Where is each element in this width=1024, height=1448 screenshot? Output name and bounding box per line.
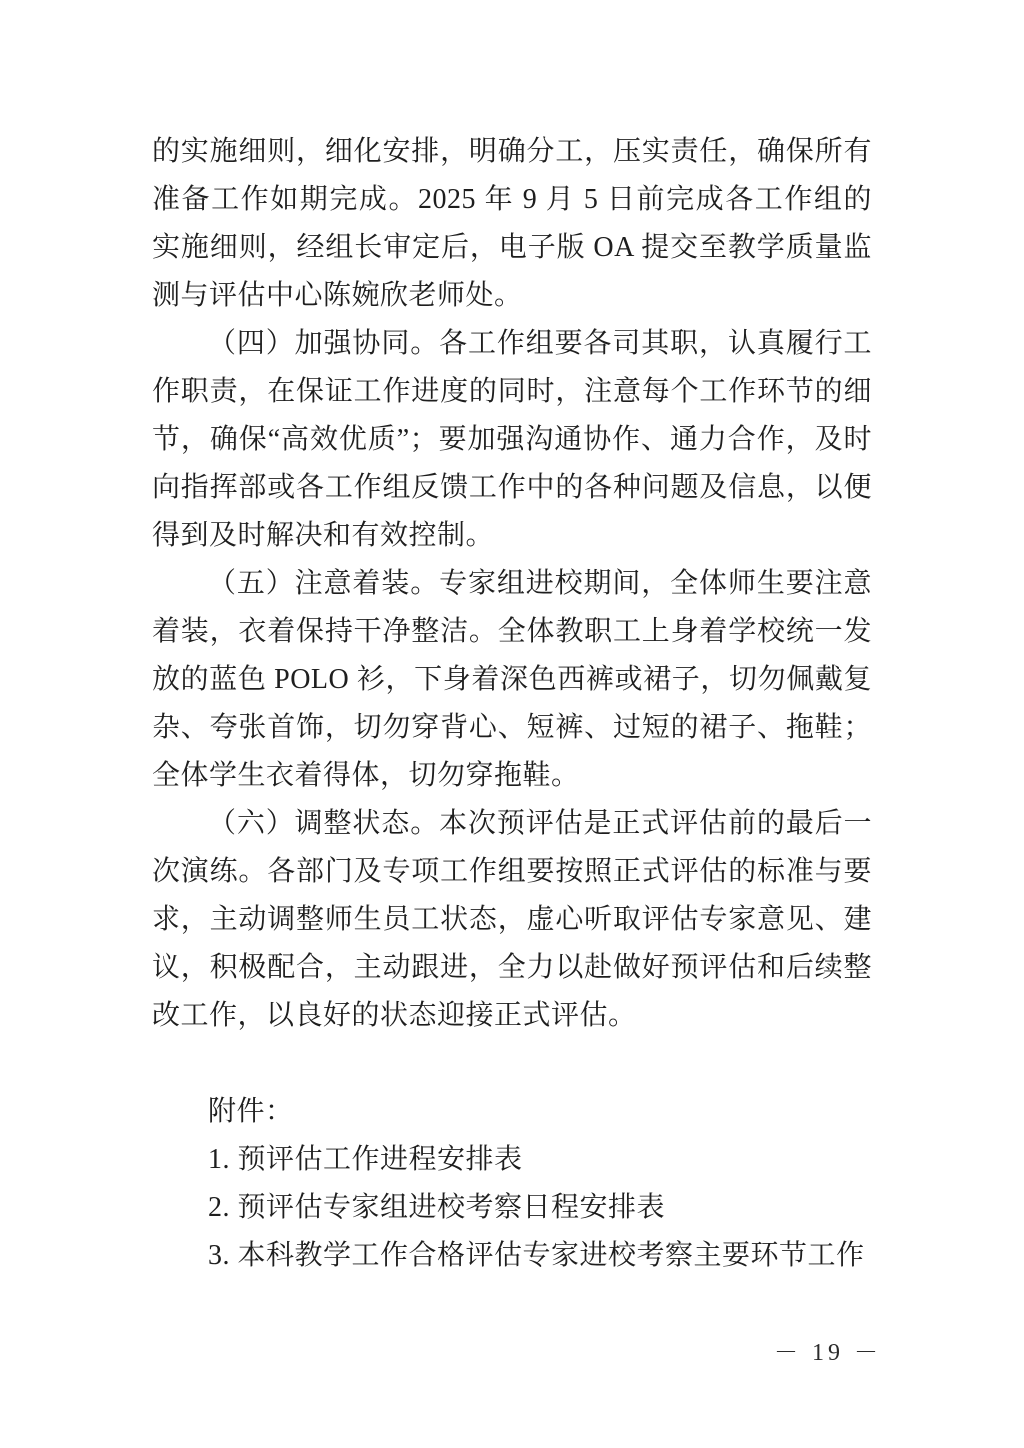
document-body: 的实施细则，细化安排，明确分工，压实责任，确保所有准备工作如期完成。2025 年… — [152, 128, 872, 1280]
attachment-item-3: 3. 本科教学工作合格评估专家进校考察主要环节工作 — [152, 1232, 872, 1280]
attachments-label: 附件： — [152, 1088, 872, 1136]
attachment-item-1: 1. 预评估工作进程安排表 — [152, 1136, 872, 1184]
paragraph-continuation: 的实施细则，细化安排，明确分工，压实责任，确保所有准备工作如期完成。2025 年… — [152, 128, 872, 320]
paragraph-item-4: （四）加强协同。各工作组要各司其职，认真履行工作职责，在保证工作进度的同时，注意… — [152, 320, 872, 560]
document-page: 的实施细则，细化安排，明确分工，压实责任，确保所有准备工作如期完成。2025 年… — [0, 0, 1024, 1448]
page-number: － 19 － — [774, 1338, 882, 1368]
attachments-section: 附件： 1. 预评估工作进程安排表 2. 预评估专家组进校考察日程安排表 3. … — [152, 1088, 872, 1280]
paragraph-item-6: （六）调整状态。本次预评估是正式评估前的最后一次演练。各部门及专项工作组要按照正… — [152, 800, 872, 1040]
attachment-item-2: 2. 预评估专家组进校考察日程安排表 — [152, 1184, 872, 1232]
paragraph-item-5: （五）注意着装。专家组进校期间，全体师生要注意着装，衣着保持干净整洁。全体教职工… — [152, 560, 872, 800]
